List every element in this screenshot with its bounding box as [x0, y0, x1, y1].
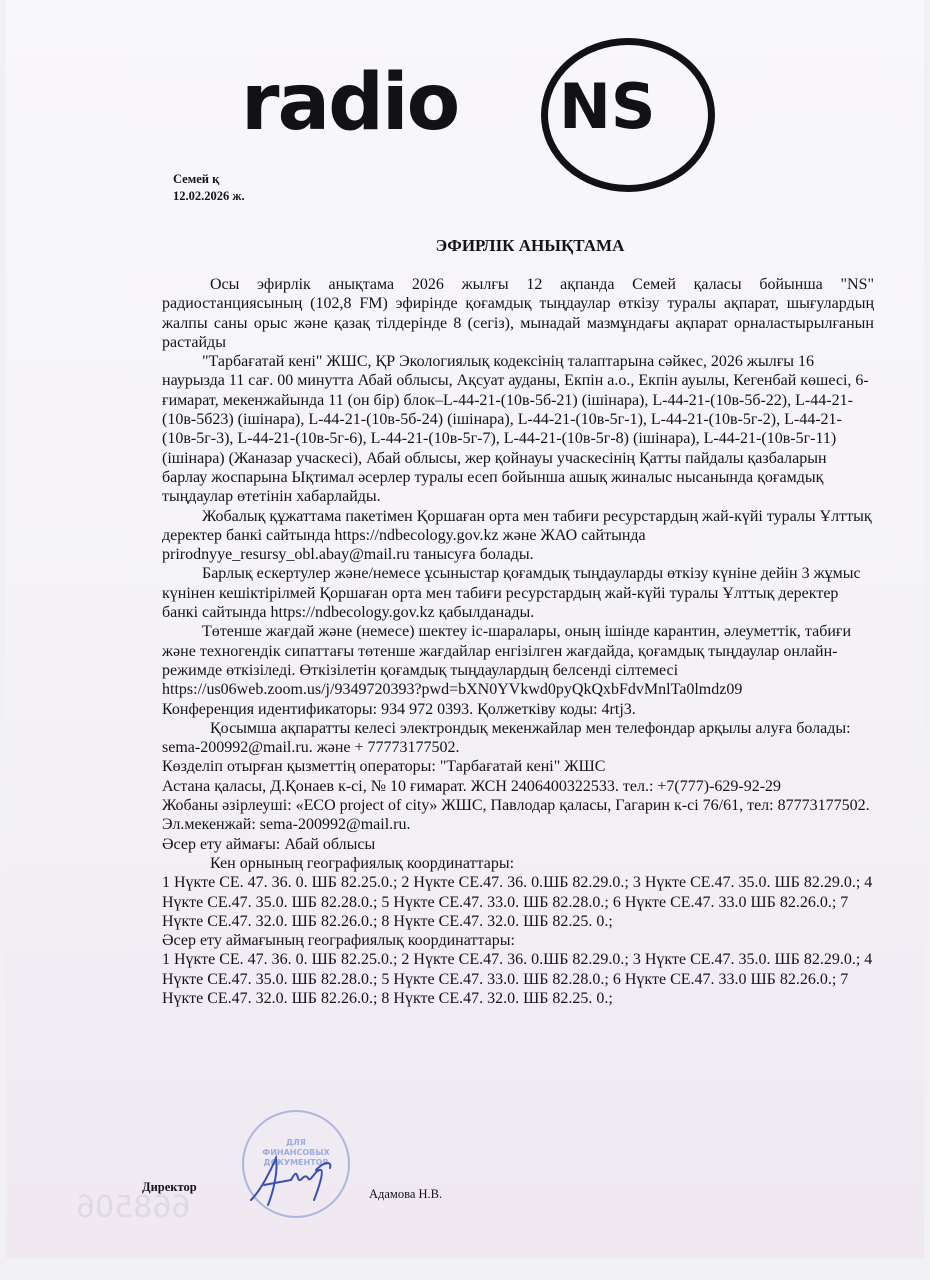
logo-radio-text: radio: [241, 64, 458, 142]
impact-coords-title: Әсер ету аймағының географиялық координа…: [162, 931, 874, 950]
logo-ns-text: NS: [559, 76, 656, 138]
director-name: Адамова Н.В.: [369, 1187, 442, 1202]
intro-paragraph: Осы эфирлік анықтама 2026 жылғы 12 ақпан…: [162, 275, 874, 352]
place-date-block: Семей қ 12.02.2026 ж.: [173, 171, 245, 205]
document-body: Осы эфирлік анықтама 2026 жылғы 12 ақпан…: [162, 275, 874, 1008]
docs-paragraph: Жобалық құжаттама пакетімен Қоршаған орт…: [162, 507, 874, 565]
city: Семей қ: [173, 171, 245, 188]
operator-line: Көзделіп отырған қызметтің операторы: "Т…: [162, 757, 874, 776]
deposit-coords: 1 Нүкте СЕ. 47. 36. 0. ШБ 82.25.0.; 2 Нү…: [162, 873, 874, 931]
developer-line: Жобаны әзірлеуші: «ECO project of city» …: [162, 796, 874, 835]
conference-id: Конференция идентификаторы: 934 972 0393…: [162, 700, 874, 719]
stamp-line: ДЛЯ: [244, 1138, 348, 1148]
radio-ns-logo: radio NS: [241, 38, 721, 188]
operator-address: Астана қаласы, Д.Қонаев к-сі, № 10 ғимар…: [162, 777, 874, 796]
impact-coords: 1 Нүкте СЕ. 47. 36. 0. ШБ 82.25.0.; 2 Нү…: [162, 950, 874, 1008]
document-title: ЭФИРЛІК АНЫҚТАМА: [6, 236, 924, 256]
date: 12.02.2026 ж.: [173, 188, 245, 205]
contacts-paragraph: Қосымша ақпаратты келесі электрондық мек…: [162, 719, 874, 758]
remarks-paragraph: Барлық ескертулер және/немесе ұсыныстар …: [162, 564, 874, 622]
signature-icon: [246, 1150, 336, 1210]
document-page: radio NS Семей қ 12.02.2026 ж. ЭФИРЛІК А…: [6, 0, 924, 1258]
impact-area: Әсер ету аймағы: Абай облысы: [162, 835, 874, 854]
bleed-through-number: 668506: [76, 1190, 191, 1225]
emergency-paragraph: Төтенше жағдай және (немесе) шектеу іс-ш…: [162, 622, 874, 680]
zoom-link[interactable]: https://us06web.zoom.us/j/9349720393?pwd…: [162, 680, 874, 699]
deposit-coords-title: Кен орнының географиялық координаттары:: [162, 854, 874, 873]
announcement-paragraph: "Тарбағатай кені" ЖШС, ҚР Экологиялық ко…: [162, 352, 874, 506]
director-label: Директор: [142, 1180, 197, 1195]
